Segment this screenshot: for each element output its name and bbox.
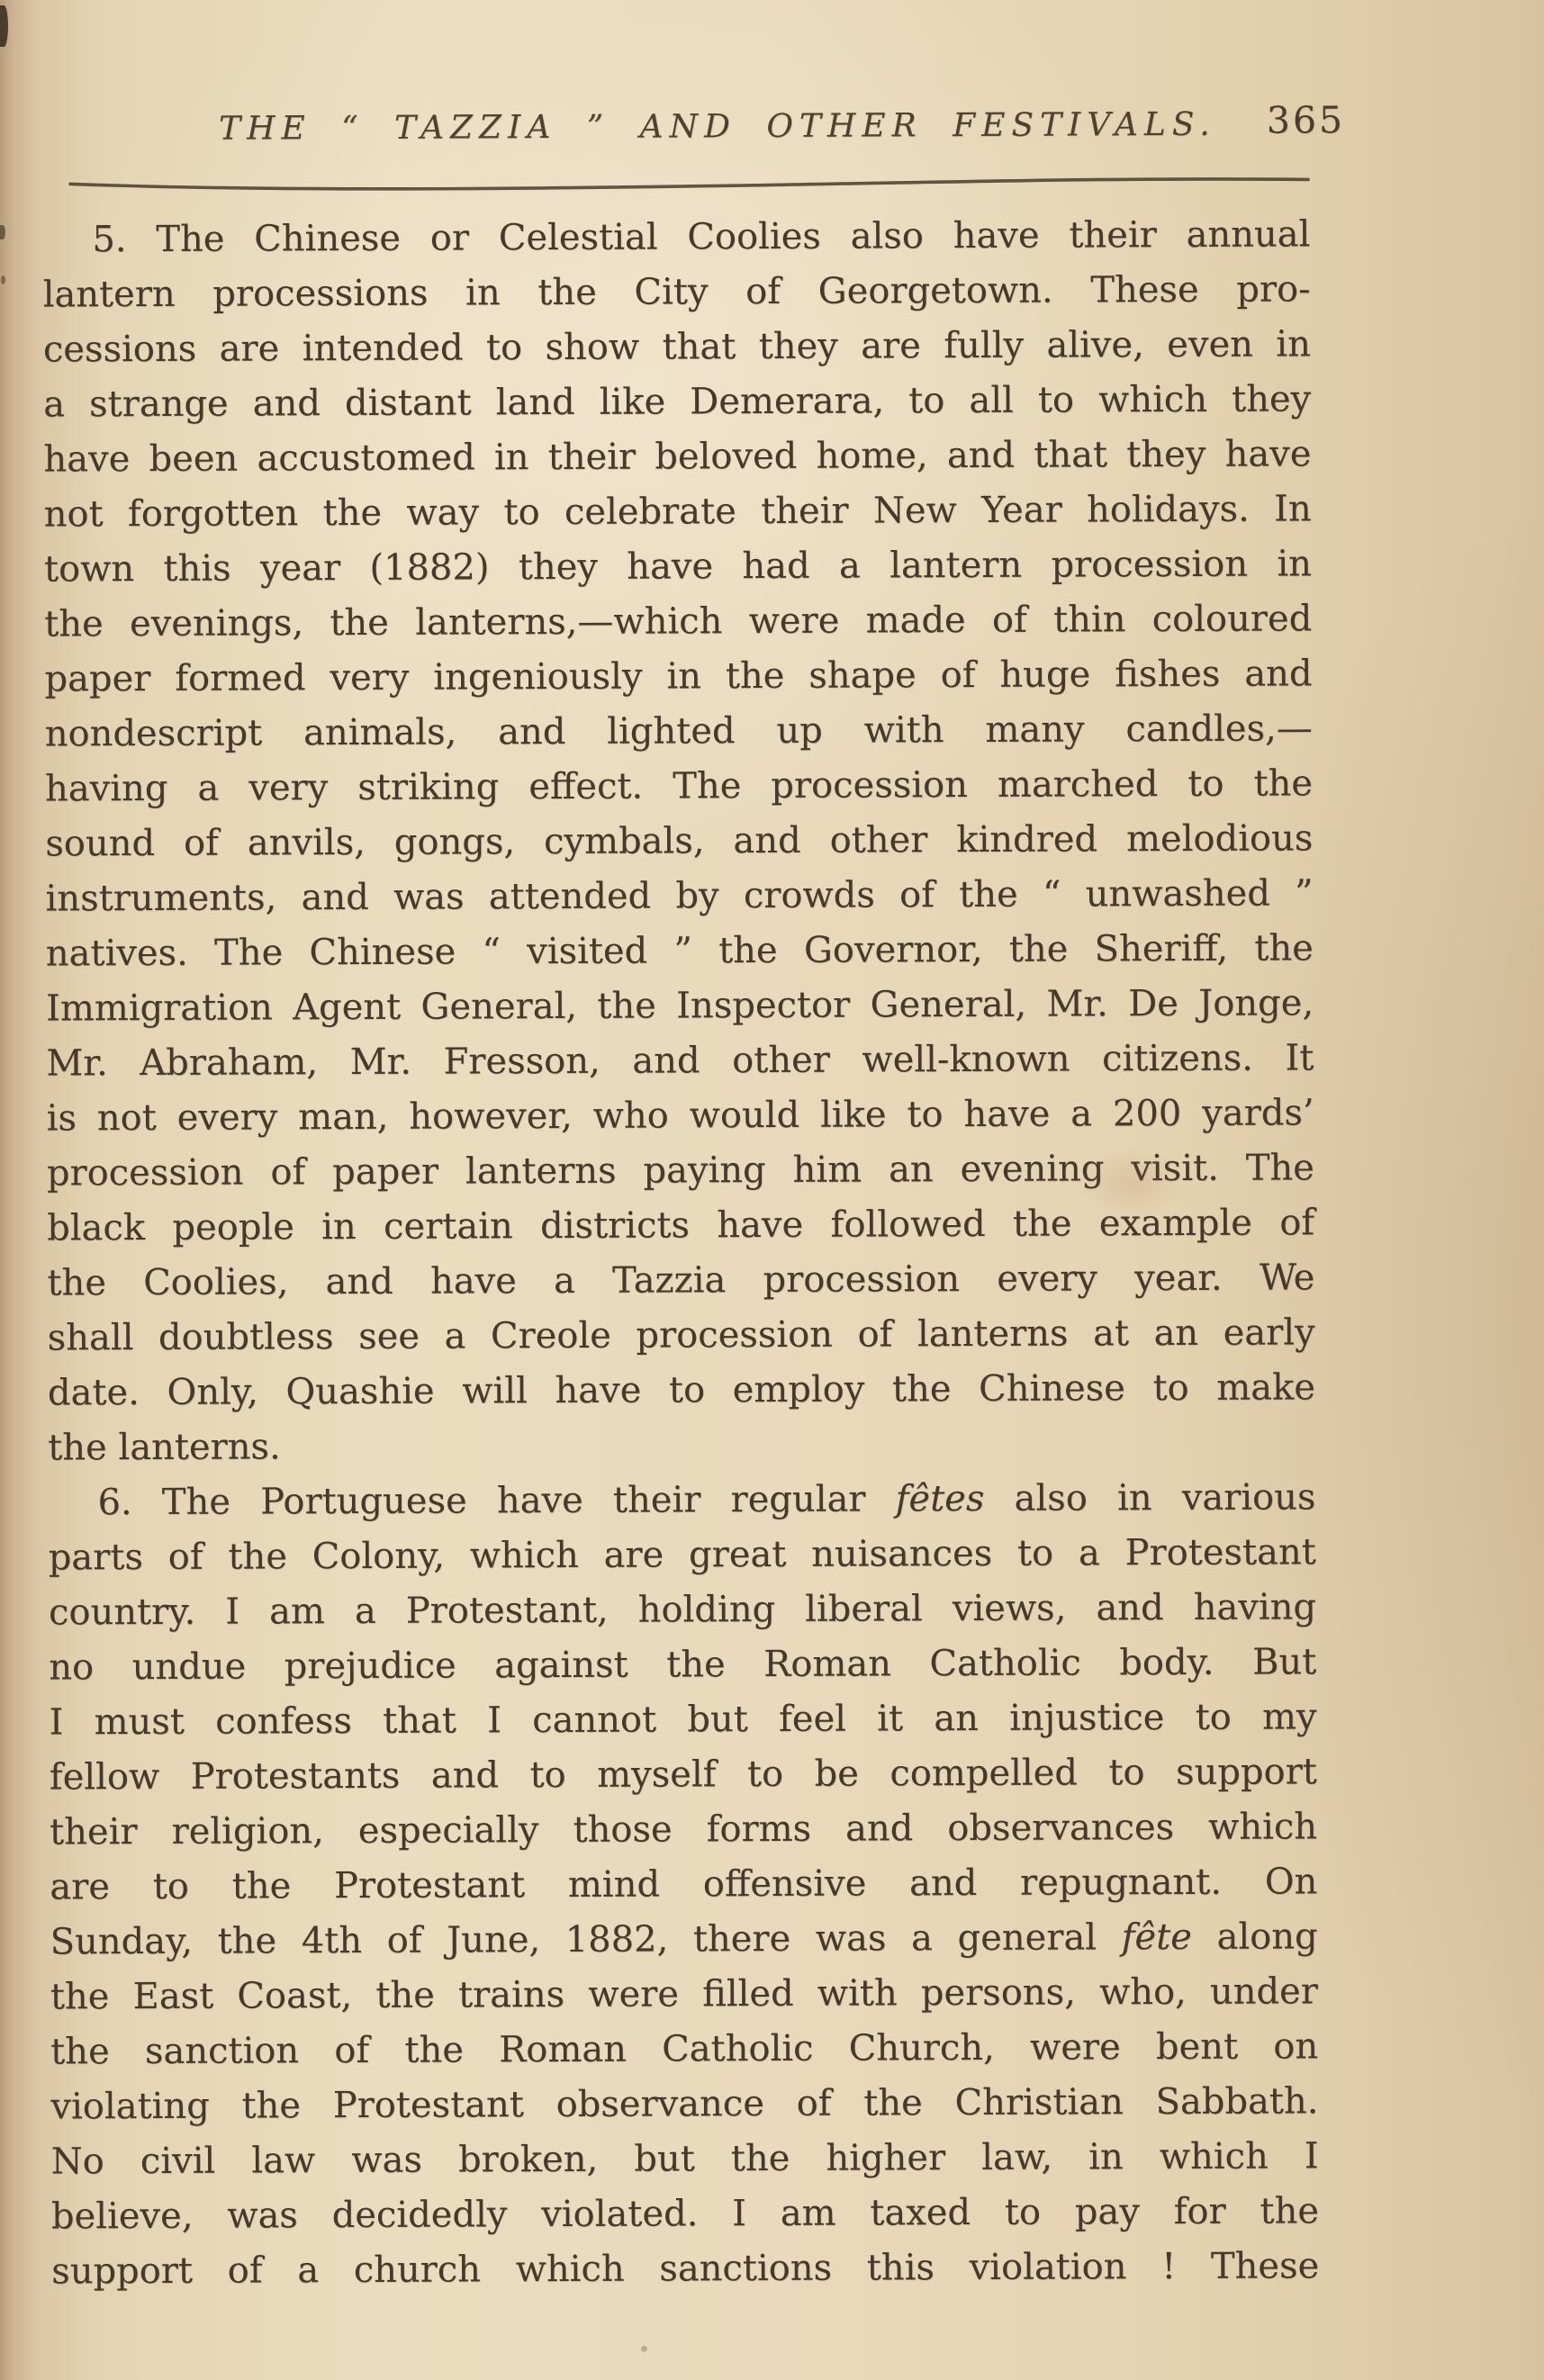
running-header-title: THE “ TAZZIA ” AND OTHER FESTIVALS.	[219, 106, 1216, 148]
text-line: have been accustomed in their beloved ho…	[43, 427, 1311, 487]
text-line: town this year (1882) they have had a la…	[44, 536, 1312, 597]
text-line: country. I am a Protestant, holding libe…	[49, 1580, 1316, 1640]
text-line: nondescript animals, and lighted up with…	[45, 701, 1313, 762]
text-line: parts of the Colony, which are great nui…	[49, 1525, 1316, 1585]
text-line: the lanterns.	[48, 1415, 1315, 1475]
page-edge-mark	[1, 275, 5, 284]
text-line: sound of anvils, gongs, cymbals, and oth…	[45, 811, 1313, 871]
text-line: violating the Protestant observance of t…	[50, 2074, 1318, 2134]
page-edge-mark	[0, 5, 8, 47]
paper-stain	[1079, 1149, 1187, 1217]
text-line: cessions are intended to show that they …	[43, 317, 1311, 377]
text-line: a strange and distant land like Demerara…	[43, 372, 1311, 432]
text-line: not forgotten the way to celebrate their…	[44, 482, 1312, 542]
page-number: 365	[1267, 98, 1345, 141]
text-line: Immigration Agent General, the Inspector…	[46, 976, 1314, 1036]
text-line: 5. The Chinese or Celestial Coolies also…	[42, 207, 1310, 267]
text-line: 6. The Portuguese have their regular fêt…	[48, 1470, 1315, 1530]
text-line: Mr. Abraham, Mr. Fresson, and other well…	[46, 1031, 1314, 1091]
paragraph-5: 5. The Chinese or Celestial Coolies also…	[42, 207, 1315, 1475]
page-content: THE “ TAZZIA ” AND OTHER FESTIVALS. 365 …	[0, 0, 1544, 2380]
text-line: I must confess that I cannot but feel it…	[49, 1690, 1316, 1750]
page-body: 5. The Chinese or Celestial Coolies also…	[42, 207, 1319, 2299]
text-line: No civil law was broken, but the higher …	[51, 2129, 1319, 2189]
paragraph-6: 6. The Portuguese have their regular fêt…	[48, 1470, 1319, 2299]
text-line: lantern processions in the City of Georg…	[43, 262, 1311, 322]
text-line: fellow Protestants and to myself to be c…	[50, 1744, 1317, 1805]
italic-word: fête	[1122, 1916, 1192, 1958]
text-line: Sunday, the 4th of June, 1882, there was…	[50, 1909, 1318, 1970]
text-line: the sanction of the Roman Catholic Churc…	[50, 2019, 1318, 2079]
text-segment: along	[1192, 1916, 1318, 1958]
header-rule-line	[68, 174, 1312, 195]
text-line: no undue prejudice against the Roman Cat…	[49, 1635, 1316, 1695]
text-line: believe, was decidedly violated. I am ta…	[51, 2184, 1319, 2244]
text-line: paper formed very ingeniously in the sha…	[44, 646, 1312, 707]
book-page-scan: THE “ TAZZIA ” AND OTHER FESTIVALS. 365 …	[0, 0, 1544, 2380]
text-line: natives. The Chinese “ visited ” the Gov…	[46, 921, 1314, 981]
page-edge-mark	[0, 225, 5, 239]
text-segment: 6. The Portuguese have their regular	[97, 1478, 895, 1523]
italic-word: fêtes	[896, 1478, 985, 1519]
text-line: the evenings, the lanterns,—which were m…	[44, 591, 1312, 652]
text-line: their religion, especially those forms a…	[50, 1799, 1317, 1860]
text-segment: Sunday, the 4th of June, 1882, there was…	[50, 1916, 1122, 1962]
text-line: the Coolies, and have a Tazzia processio…	[47, 1250, 1314, 1311]
header-rule	[68, 174, 1312, 195]
text-line: shall doubtless see a Creole procession …	[48, 1305, 1315, 1366]
text-line: instruments, and was attended by crowds …	[45, 866, 1313, 926]
text-segment: also in various	[984, 1476, 1315, 1519]
text-line: having a very striking effect. The proce…	[45, 756, 1313, 816]
text-line: the East Coast, the trains were filled w…	[50, 1964, 1318, 2024]
text-line: is not every man, however, who would lik…	[47, 1086, 1314, 1146]
paper-speck	[641, 2346, 647, 2352]
text-line: are to the Protestant mind offensive and…	[50, 1854, 1317, 1915]
text-line: support of a church which sanctions this…	[51, 2239, 1319, 2299]
text-line: date. Only, Quashie will have to employ …	[48, 1360, 1315, 1420]
